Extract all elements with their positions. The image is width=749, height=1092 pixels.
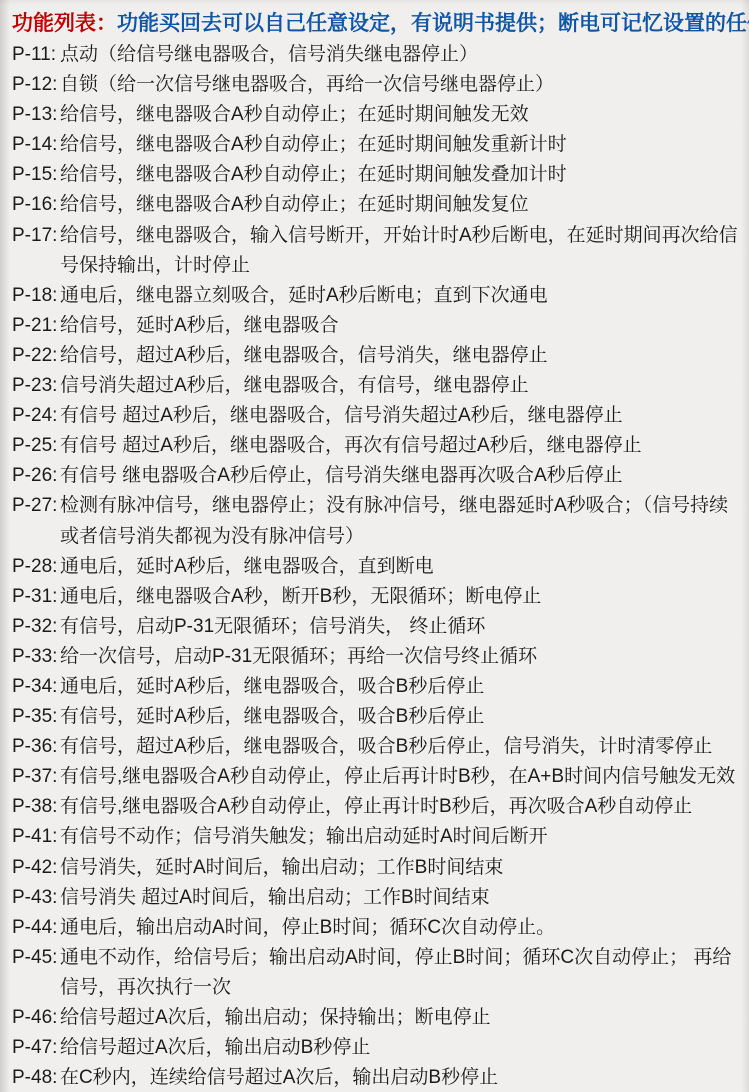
function-code: P-35: bbox=[12, 702, 60, 732]
function-item: P-31: 通电后，继电器吸合A秒，断开B秒，无限循环；断电停止 bbox=[12, 582, 743, 612]
function-item: P-48: 在C秒内，连续给信号超过A次后，输出启动B秒停止 bbox=[12, 1063, 743, 1092]
function-code: P-38: bbox=[12, 792, 60, 822]
function-code: P-26: bbox=[12, 461, 60, 491]
function-code: P-21: bbox=[12, 311, 60, 341]
function-code: P-18: bbox=[12, 281, 60, 311]
function-desc: 有信号 继电器吸合A秒后停止，信号消失继电器再次吸合A秒后停止 bbox=[60, 461, 743, 491]
function-code: P-13: bbox=[12, 100, 60, 130]
function-item: P-34: 通电后，延时A秒后，继电器吸合，吸合B秒后停止 bbox=[12, 672, 743, 702]
function-code: P-27: bbox=[12, 491, 60, 521]
function-list-page: 功能列表：功能买回去可以自己任意设定，有说明书提供；断电可记忆设置的任何参数 P… bbox=[0, 0, 749, 1092]
function-item: P-13: 给信号，继电器吸合A秒自动停止；在延时期间触发无效 bbox=[12, 100, 743, 130]
function-desc: 在C秒内，连续给信号超过A次后，输出启动B秒停止 bbox=[60, 1063, 743, 1092]
function-code: P-34: bbox=[12, 672, 60, 702]
function-item: P-22: 给信号，超过A秒后，继电器吸合，信号消失，继电器停止 bbox=[12, 341, 743, 371]
function-desc: 有信号 超过A秒后，继电器吸合，信号消失超过A秒后，继电器停止 bbox=[60, 401, 743, 431]
function-desc: 有信号,继电器吸合A秒自动停止，停止后再计时B秒，在A+B时间内信号触发无效 bbox=[60, 762, 743, 792]
function-desc: 有信号，超过A秒后，继电器吸合，吸合B秒后停止，信号消失，计时清零停止 bbox=[60, 732, 743, 762]
function-item: P-16: 给信号，继电器吸合A秒自动停止；在延时期间触发复位 bbox=[12, 190, 743, 220]
function-item: P-41: 有信号不动作；信号消失触发；输出启动延时A时间后断开 bbox=[12, 822, 743, 852]
function-desc: 点动（给信号继电器吸合，信号消失继电器停止） bbox=[60, 40, 743, 70]
function-desc: 通电后，继电器吸合A秒，断开B秒，无限循环；断电停止 bbox=[60, 582, 743, 612]
function-code: P-41: bbox=[12, 822, 60, 852]
function-desc: 通电后，延时A秒后，继电器吸合，直到断电 bbox=[60, 552, 743, 582]
function-desc: 给信号，继电器吸合A秒自动停止；在延时期间触发无效 bbox=[60, 100, 743, 130]
function-item: P-28: 通电后，延时A秒后，继电器吸合，直到断电 bbox=[12, 552, 743, 582]
function-code: P-42: bbox=[12, 853, 60, 883]
function-code: P-14: bbox=[12, 130, 60, 160]
function-item: P-27: 检测有脉冲信号，继电器停止；没有脉冲信号，继电器延时A秒吸合；（信号… bbox=[12, 491, 743, 551]
function-item: P-33: 给一次信号，启动P-31无限循环；再给一次信号终止循环 bbox=[12, 642, 743, 672]
page-title-text: 功能买回去可以自己任意设定，有说明书提供；断电可记忆设置的任何参数 bbox=[117, 12, 749, 35]
function-desc: 给信号，继电器吸合A秒自动停止；在延时期间触发叠加计时 bbox=[60, 160, 743, 190]
function-desc: 给一次信号，启动P-31无限循环；再给一次信号终止循环 bbox=[60, 642, 743, 672]
function-desc: 有信号，延时A秒后，继电器吸合，吸合B秒后停止 bbox=[60, 702, 743, 732]
function-code: P-28: bbox=[12, 552, 60, 582]
function-desc: 有信号，启动P-31无限循环；信号消失， 终止循环 bbox=[60, 612, 743, 642]
function-code: P-46: bbox=[12, 1003, 60, 1033]
function-code: P-48: bbox=[12, 1063, 60, 1092]
function-code: P-24: bbox=[12, 401, 60, 431]
function-code: P-43: bbox=[12, 883, 60, 913]
function-desc: 有信号 超过A秒后，继电器吸合，再次有信号超过A秒后，继电器停止 bbox=[60, 431, 743, 461]
function-desc: 自锁（给一次信号继电器吸合，再给一次信号继电器停止） bbox=[60, 70, 743, 100]
function-item: P-37: 有信号,继电器吸合A秒自动停止，停止后再计时B秒，在A+B时间内信号… bbox=[12, 762, 743, 792]
function-code: P-15: bbox=[12, 160, 60, 190]
function-desc: 通电不动作，给信号后；输出启动A时间，停止B时间；循环C次自动停止； 再给信号，… bbox=[60, 943, 743, 1003]
function-item: P-21: 给信号，延时A秒后，继电器吸合 bbox=[12, 311, 743, 341]
function-code: P-47: bbox=[12, 1033, 60, 1063]
function-item: P-47: 给信号超过A次后，输出启动B秒停止 bbox=[12, 1033, 743, 1063]
function-desc: 信号消失 超过A时间后，输出启动；工作B时间结束 bbox=[60, 883, 743, 913]
function-desc: 给信号，继电器吸合，输入信号断开，开始计时A秒后断电，在延时期间再次给信号保持输… bbox=[60, 221, 743, 281]
function-code: P-44: bbox=[12, 913, 60, 943]
function-item: P-45: 通电不动作，给信号后；输出启动A时间，停止B时间；循环C次自动停止；… bbox=[12, 943, 743, 1003]
function-item: P-14: 给信号，继电器吸合A秒自动停止；在延时期间触发重新计时 bbox=[12, 130, 743, 160]
function-item: P-42: 信号消失，延时A时间后，输出启动；工作B时间结束 bbox=[12, 853, 743, 883]
function-desc: 给信号，继电器吸合A秒自动停止；在延时期间触发复位 bbox=[60, 190, 743, 220]
function-code: P-45: bbox=[12, 943, 60, 973]
function-code: P-11: bbox=[12, 40, 60, 70]
function-code: P-22: bbox=[12, 341, 60, 371]
function-desc: 信号消失，延时A时间后，输出启动；工作B时间结束 bbox=[60, 853, 743, 883]
function-item: P-43: 信号消失 超过A时间后，输出启动；工作B时间结束 bbox=[12, 883, 743, 913]
page-title-label: 功能列表： bbox=[12, 12, 117, 35]
function-list: P-11: 点动（给信号继电器吸合，信号消失继电器停止） P-12: 自锁（给一… bbox=[12, 40, 743, 1092]
function-desc: 给信号，继电器吸合A秒自动停止；在延时期间触发重新计时 bbox=[60, 130, 743, 160]
function-desc: 通电后，延时A秒后，继电器吸合，吸合B秒后停止 bbox=[60, 672, 743, 702]
function-code: P-31: bbox=[12, 582, 60, 612]
function-code: P-12: bbox=[12, 70, 60, 100]
function-desc: 信号消失超过A秒后，继电器吸合，有信号，继电器停止 bbox=[60, 371, 743, 401]
function-desc: 有信号,继电器吸合A秒自动停止，停止再计时B秒后，再次吸合A秒自动停止 bbox=[60, 792, 743, 822]
function-code: P-37: bbox=[12, 762, 60, 792]
function-desc: 通电后，继电器立刻吸合，延时A秒后断电；直到下次通电 bbox=[60, 281, 743, 311]
function-item: P-38: 有信号,继电器吸合A秒自动停止，停止再计时B秒后，再次吸合A秒自动停… bbox=[12, 792, 743, 822]
function-code: P-23: bbox=[12, 371, 60, 401]
function-code: P-33: bbox=[12, 642, 60, 672]
function-item: P-17: 给信号，继电器吸合，输入信号断开，开始计时A秒后断电，在延时期间再次… bbox=[12, 221, 743, 281]
function-item: P-26: 有信号 继电器吸合A秒后停止，信号消失继电器再次吸合A秒后停止 bbox=[12, 461, 743, 491]
function-desc: 给信号，超过A秒后，继电器吸合，信号消失，继电器停止 bbox=[60, 341, 743, 371]
function-item: P-32: 有信号，启动P-31无限循环；信号消失， 终止循环 bbox=[12, 612, 743, 642]
function-code: P-36: bbox=[12, 732, 60, 762]
function-item: P-18: 通电后，继电器立刻吸合，延时A秒后断电；直到下次通电 bbox=[12, 281, 743, 311]
function-desc: 给信号，延时A秒后，继电器吸合 bbox=[60, 311, 743, 341]
function-desc: 给信号超过A次后，输出启动；保持输出；断电停止 bbox=[60, 1003, 743, 1033]
function-code: P-17: bbox=[12, 221, 60, 251]
function-item: P-24: 有信号 超过A秒后，继电器吸合，信号消失超过A秒后，继电器停止 bbox=[12, 401, 743, 431]
function-item: P-36: 有信号，超过A秒后，继电器吸合，吸合B秒后停止，信号消失，计时清零停… bbox=[12, 732, 743, 762]
function-item: P-12: 自锁（给一次信号继电器吸合，再给一次信号继电器停止） bbox=[12, 70, 743, 100]
function-item: P-25: 有信号 超过A秒后，继电器吸合，再次有信号超过A秒后，继电器停止 bbox=[12, 431, 743, 461]
function-item: P-44: 通电后，输出启动A时间，停止B时间；循环C次自动停止。 bbox=[12, 913, 743, 943]
function-code: P-16: bbox=[12, 190, 60, 220]
function-item: P-15: 给信号，继电器吸合A秒自动停止；在延时期间触发叠加计时 bbox=[12, 160, 743, 190]
function-item: P-23: 信号消失超过A秒后，继电器吸合，有信号，继电器停止 bbox=[12, 371, 743, 401]
function-desc: 给信号超过A次后，输出启动B秒停止 bbox=[60, 1033, 743, 1063]
function-desc: 检测有脉冲信号，继电器停止；没有脉冲信号，继电器延时A秒吸合；（信号持续或者信号… bbox=[60, 491, 743, 551]
function-desc: 通电后，输出启动A时间，停止B时间；循环C次自动停止。 bbox=[60, 913, 743, 943]
function-desc: 有信号不动作；信号消失触发；输出启动延时A时间后断开 bbox=[60, 822, 743, 852]
function-item: P-35: 有信号，延时A秒后，继电器吸合，吸合B秒后停止 bbox=[12, 702, 743, 732]
page-title: 功能列表：功能买回去可以自己任意设定，有说明书提供；断电可记忆设置的任何参数 bbox=[12, 9, 743, 39]
function-code: P-32: bbox=[12, 612, 60, 642]
function-item: P-11: 点动（给信号继电器吸合，信号消失继电器停止） bbox=[12, 40, 743, 70]
function-code: P-25: bbox=[12, 431, 60, 461]
function-item: P-46: 给信号超过A次后，输出启动；保持输出；断电停止 bbox=[12, 1003, 743, 1033]
